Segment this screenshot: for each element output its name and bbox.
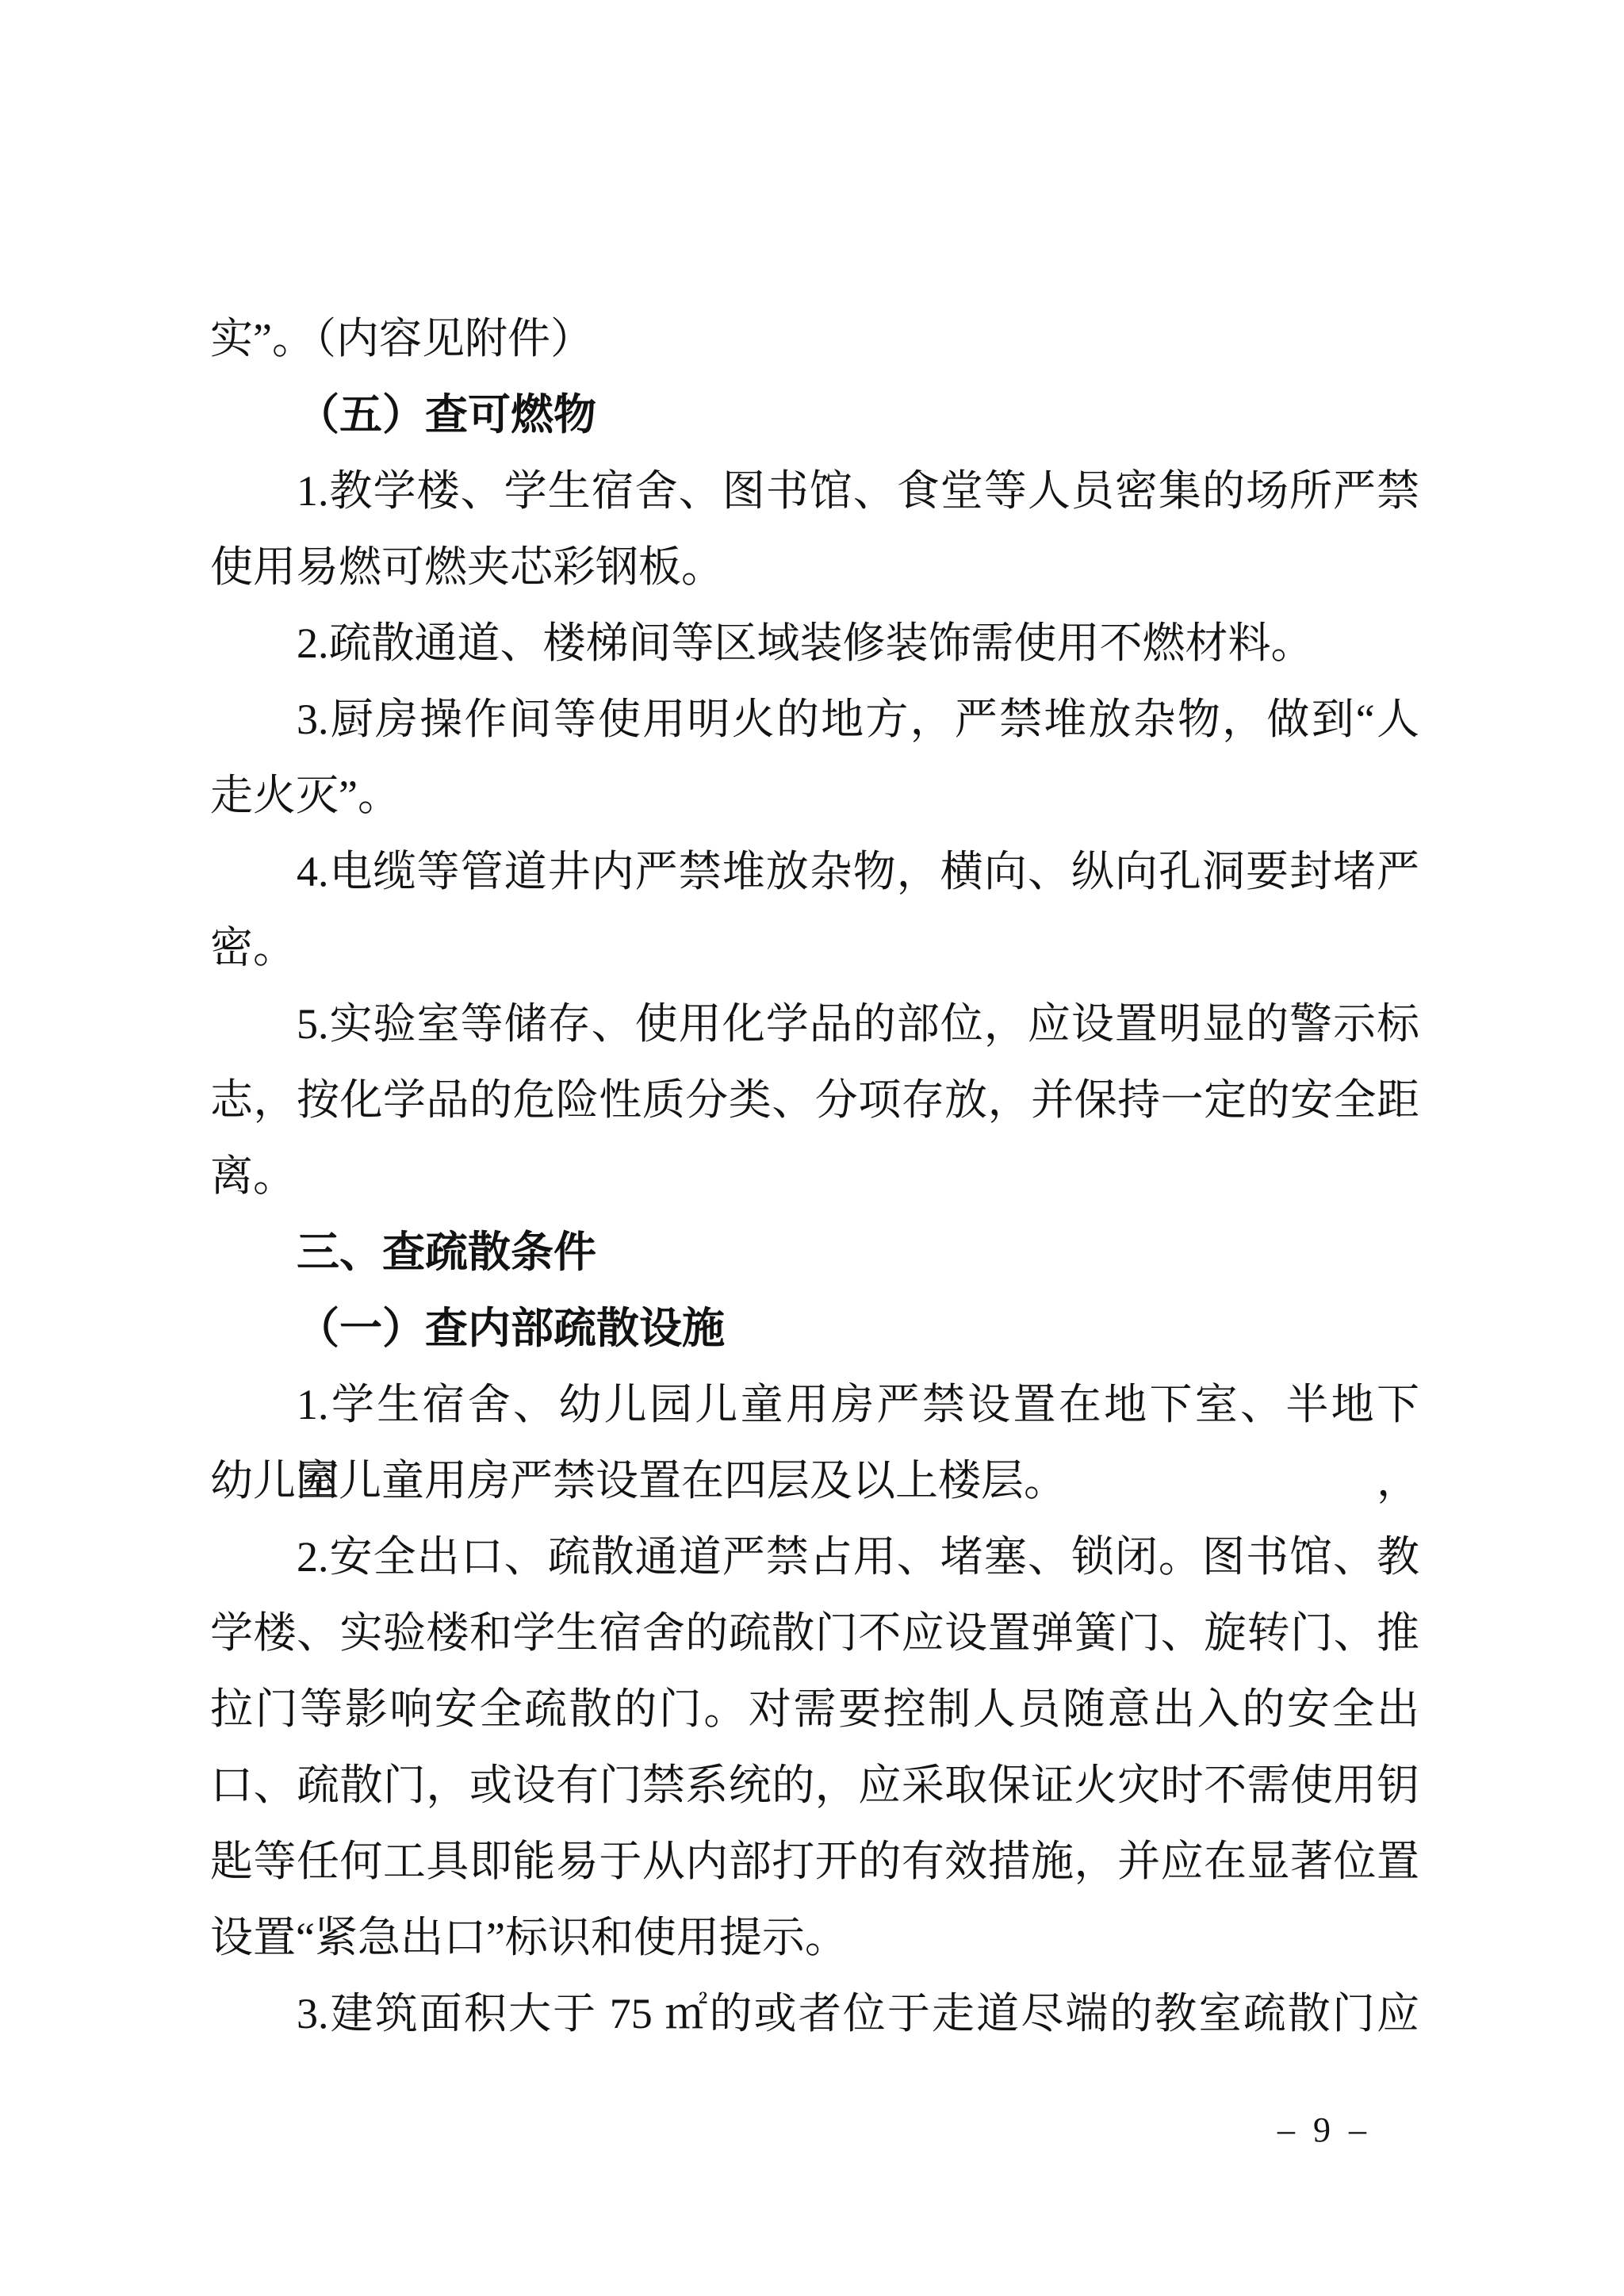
text-line: 志，按化学品的危险性质分类、分项存放，并保持一定的安全距 xyxy=(210,1062,1419,1138)
text-line: 拉门等影响安全疏散的门。对需要控制人员随意出入的安全出 xyxy=(210,1671,1419,1747)
text-block: 实”。（内容见附件）（五）查可燃物1.教学楼、学生宿舍、图书馆、食堂等人员密集的… xyxy=(210,301,1419,2052)
text-line: 走火灭”。 xyxy=(210,757,1419,834)
text-line: 匙等任何工具即能易于从内部打开的有效措施，并应在显著位置 xyxy=(210,1823,1419,1899)
text-line: 2.疏散通道、楼梯间等区域装修装饰需使用不燃材料。 xyxy=(210,605,1419,681)
text-line: 离。 xyxy=(210,1138,1419,1214)
text-line: 3.建筑面积大于 75 ㎡的或者位于走道尽端的教室疏散门应 xyxy=(210,1976,1419,2052)
text-line: 1.学生宿舍、幼儿园儿童用房严禁设置在地下室、半地下室， xyxy=(210,1366,1419,1443)
document-page: 实”。（内容见附件）（五）查可燃物1.教学楼、学生宿舍、图书馆、食堂等人员密集的… xyxy=(0,0,1624,2296)
text-line: 口、疏散门，或设有门禁系统的，应采取保证火灾时不需使用钥 xyxy=(210,1747,1419,1823)
text-line: 3.厨房操作间等使用明火的地方，严禁堆放杂物，做到“人 xyxy=(210,681,1419,757)
text-line: 设置“紧急出口”标识和使用提示。 xyxy=(210,1899,1419,1976)
page-number: – 9 – xyxy=(1237,2106,1411,2154)
text-line: 学楼、实验楼和学生宿舍的疏散门不应设置弹簧门、旋转门、推 xyxy=(210,1595,1419,1671)
heading-line: 三、查疏散条件 xyxy=(210,1214,1419,1290)
text-line: 5.实验室等储存、使用化学品的部位，应设置明显的警示标 xyxy=(210,986,1419,1062)
heading-line: （五）查可燃物 xyxy=(210,377,1419,453)
text-line: 实”。（内容见附件） xyxy=(210,301,1419,377)
heading-line: （一）查内部疏散设施 xyxy=(210,1290,1419,1366)
text-line: 2.安全出口、疏散通道严禁占用、堵塞、锁闭。图书馆、教 xyxy=(210,1519,1419,1595)
text-line: 4.电缆等管道井内严禁堆放杂物，横向、纵向孔洞要封堵严 xyxy=(210,834,1419,910)
text-line: 使用易燃可燃夹芯彩钢板。 xyxy=(210,529,1419,605)
text-line: 1.教学楼、学生宿舍、图书馆、食堂等人员密集的场所严禁 xyxy=(210,453,1419,529)
text-line: 密。 xyxy=(210,910,1419,986)
